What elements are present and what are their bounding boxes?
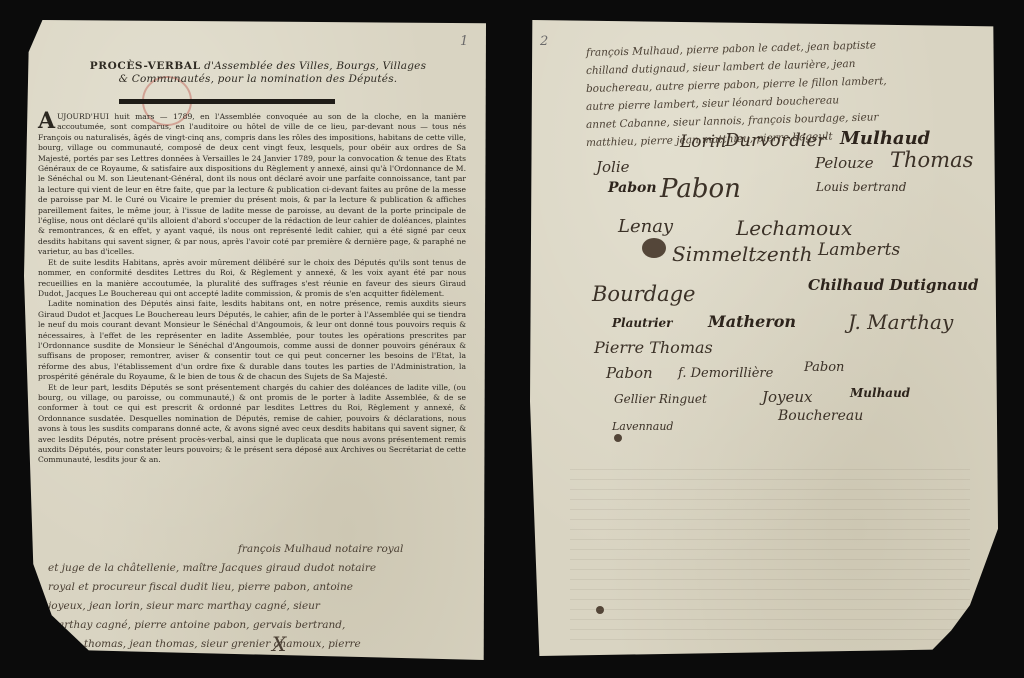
- drop-cap-a: A: [38, 112, 55, 130]
- signature: Durvordier: [725, 130, 826, 151]
- signature: Simmeltzenth: [672, 242, 812, 266]
- paragraph-4: Et de leur part, lesdits Députés se sont…: [38, 383, 466, 466]
- page-number-right: 2: [540, 34, 548, 49]
- handwritten-line: françois Mulhaud notaire royal: [48, 540, 478, 559]
- signature: Pabon: [606, 364, 653, 382]
- title-rule-divider: [119, 99, 335, 104]
- signature: Jolie: [596, 158, 630, 176]
- signature: Pabon: [608, 180, 657, 196]
- signature: Mulhaud: [850, 386, 910, 400]
- signature: Gellier Ringuet: [614, 392, 707, 406]
- signature: Chilhaud Dutignaud: [808, 276, 979, 294]
- signature: Lorin: [680, 132, 726, 152]
- handwritten-line: joyeux, jean lorin, sieur marc marthay c…: [48, 597, 478, 616]
- signature: Pelouze: [815, 154, 874, 172]
- right-page: 2 françois Mulhaud, pierre pabon le cade…: [530, 20, 998, 656]
- title-line-2: & Communautés, pour la nomination des Dé…: [38, 73, 478, 86]
- signature: Matheron: [708, 312, 796, 331]
- left-page: 1 PROCÈS-VERBAL d'Assemblée des Villes, …: [24, 20, 486, 660]
- handwritten-line: marthay cagné, pierre antoine pabon, ger…: [48, 616, 478, 635]
- signature: Thomas: [890, 148, 973, 172]
- handwritten-line: royal et procureur fiscal dudit lieu, pi…: [48, 578, 478, 597]
- title-rest: d'Assemblée des Villes, Bourgs, Villages: [204, 60, 426, 72]
- paragraph-1: AUJOURD'HUI huit mars — 1789, en l'Assem…: [38, 112, 466, 258]
- signature: Pabon: [660, 174, 741, 204]
- handwritten-line: pierre thomas, jean thomas, sieur grenie…: [48, 635, 478, 654]
- page-number-left: 1: [460, 34, 468, 49]
- signature: Pabon: [804, 360, 844, 375]
- paragraph-3: Ladite nomination des Députés ainsi fait…: [38, 299, 466, 382]
- closing-mark: X: [272, 632, 286, 656]
- signature: Lamberts: [818, 240, 900, 260]
- signature: Joyeux: [762, 388, 813, 406]
- signature: Plautrier: [612, 316, 672, 330]
- signature: Lenay: [618, 216, 673, 237]
- bleed-through-text: [570, 460, 970, 640]
- signature: Pierre Thomas: [594, 338, 713, 357]
- ink-blot: [642, 238, 666, 258]
- handwritten-signature-list: françois Mulhaud notaire royal et juge d…: [48, 540, 478, 673]
- handwritten-line: durvidier, jean gollivet, pierre bagault…: [48, 654, 478, 673]
- signature: Bourdage: [592, 282, 695, 306]
- signature: Bouchereau: [778, 408, 863, 424]
- paragraph-2: Et de suite lesdits Habitans, après avoi…: [38, 258, 466, 300]
- printed-body-text: AUJOURD'HUI huit mars — 1789, en l'Assem…: [38, 112, 466, 466]
- form-title: PROCÈS-VERBAL d'Assemblée des Villes, Bo…: [38, 60, 478, 86]
- signature: f. Demorillière: [678, 366, 773, 381]
- signature: Lavennaud: [612, 420, 673, 433]
- title-caps: PROCÈS-VERBAL: [90, 60, 201, 72]
- ink-blot: [614, 434, 622, 442]
- handwritten-line: et juge de la châtellenie, maître Jacque…: [48, 559, 478, 578]
- signature: Lechamoux: [736, 216, 852, 240]
- signature: J. Marthay: [848, 310, 953, 334]
- signature: Louis bertrand: [816, 180, 906, 194]
- signature: Mulhaud: [840, 128, 930, 149]
